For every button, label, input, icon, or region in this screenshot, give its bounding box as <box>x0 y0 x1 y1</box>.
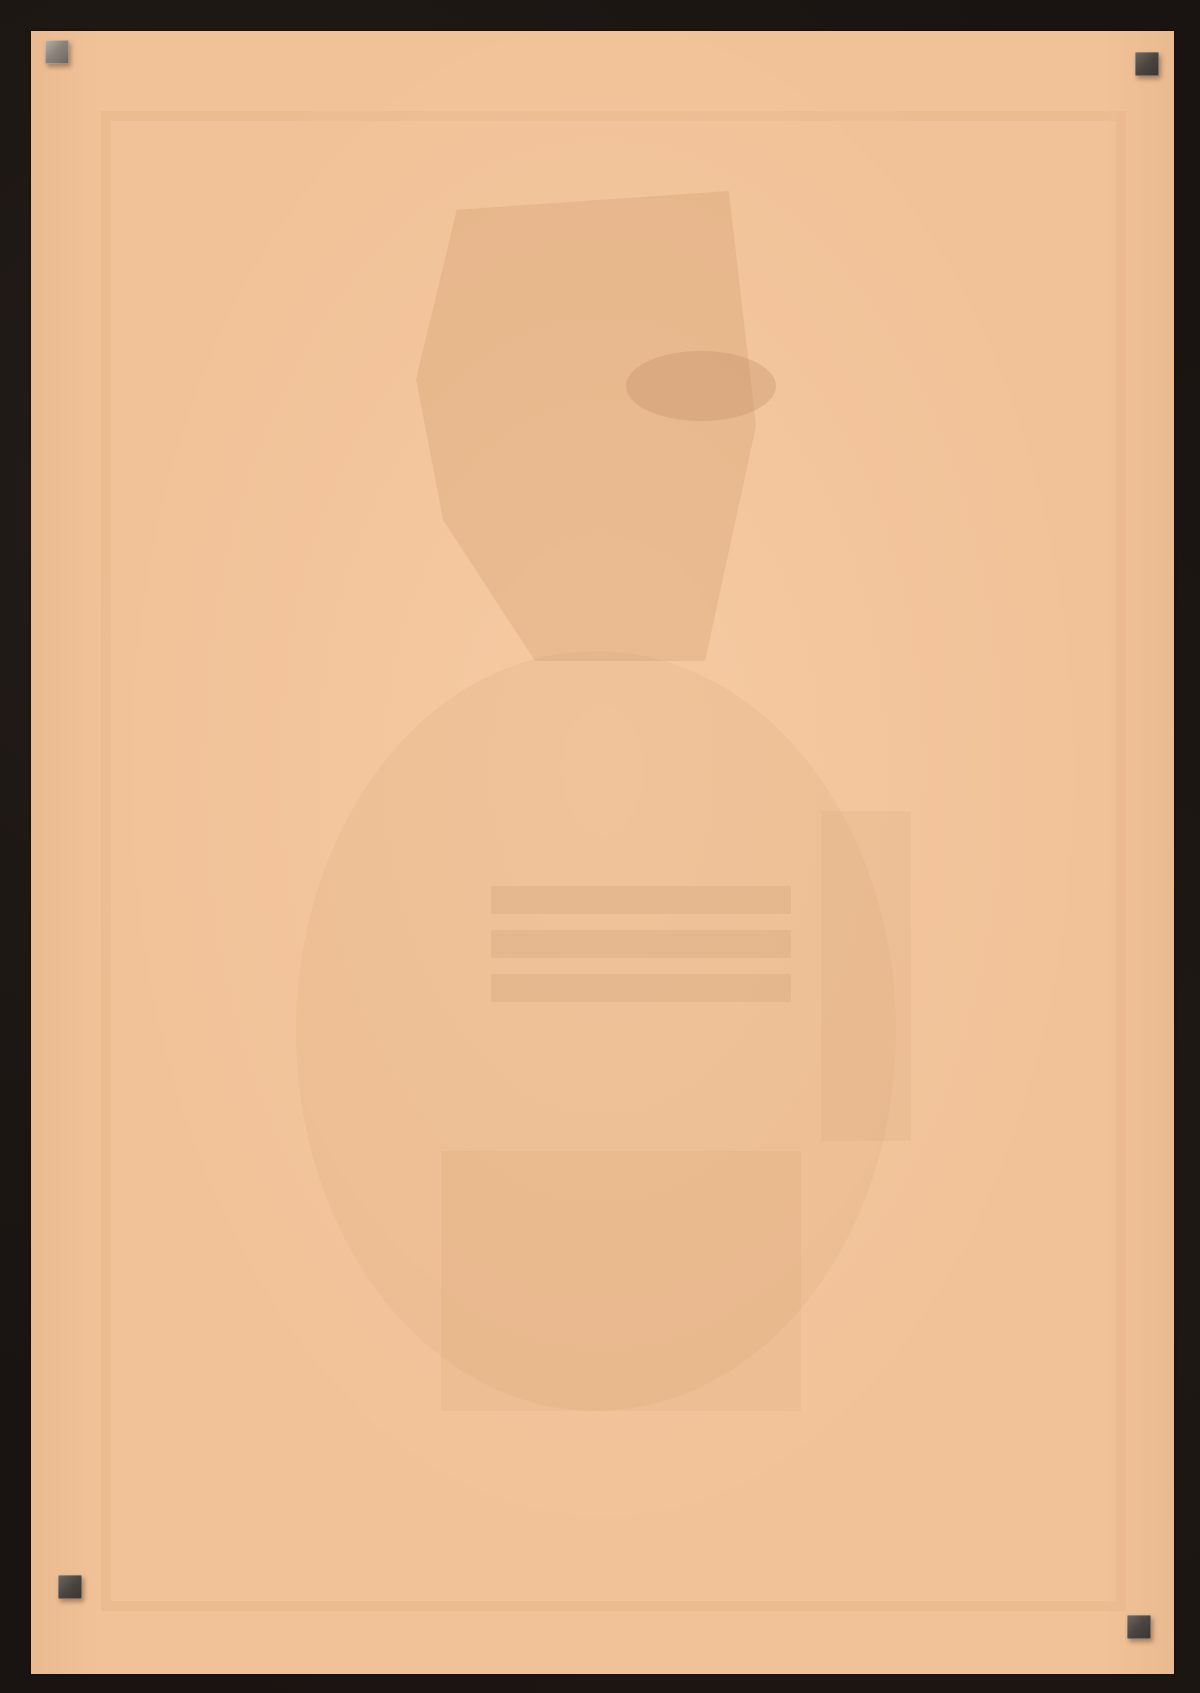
magnet-top-left-icon <box>45 40 69 64</box>
bleed-through-title-text <box>491 886 791 1006</box>
bleed-through-right-column <box>821 811 911 1141</box>
magnet-bottom-left-icon <box>58 1575 82 1599</box>
bleed-through-lower-block <box>441 1151 801 1411</box>
magnet-bottom-right-icon <box>1127 1615 1151 1639</box>
poster-back <box>31 31 1174 1674</box>
bleed-through-eye <box>626 351 776 421</box>
magnet-top-right-icon <box>1135 52 1159 76</box>
